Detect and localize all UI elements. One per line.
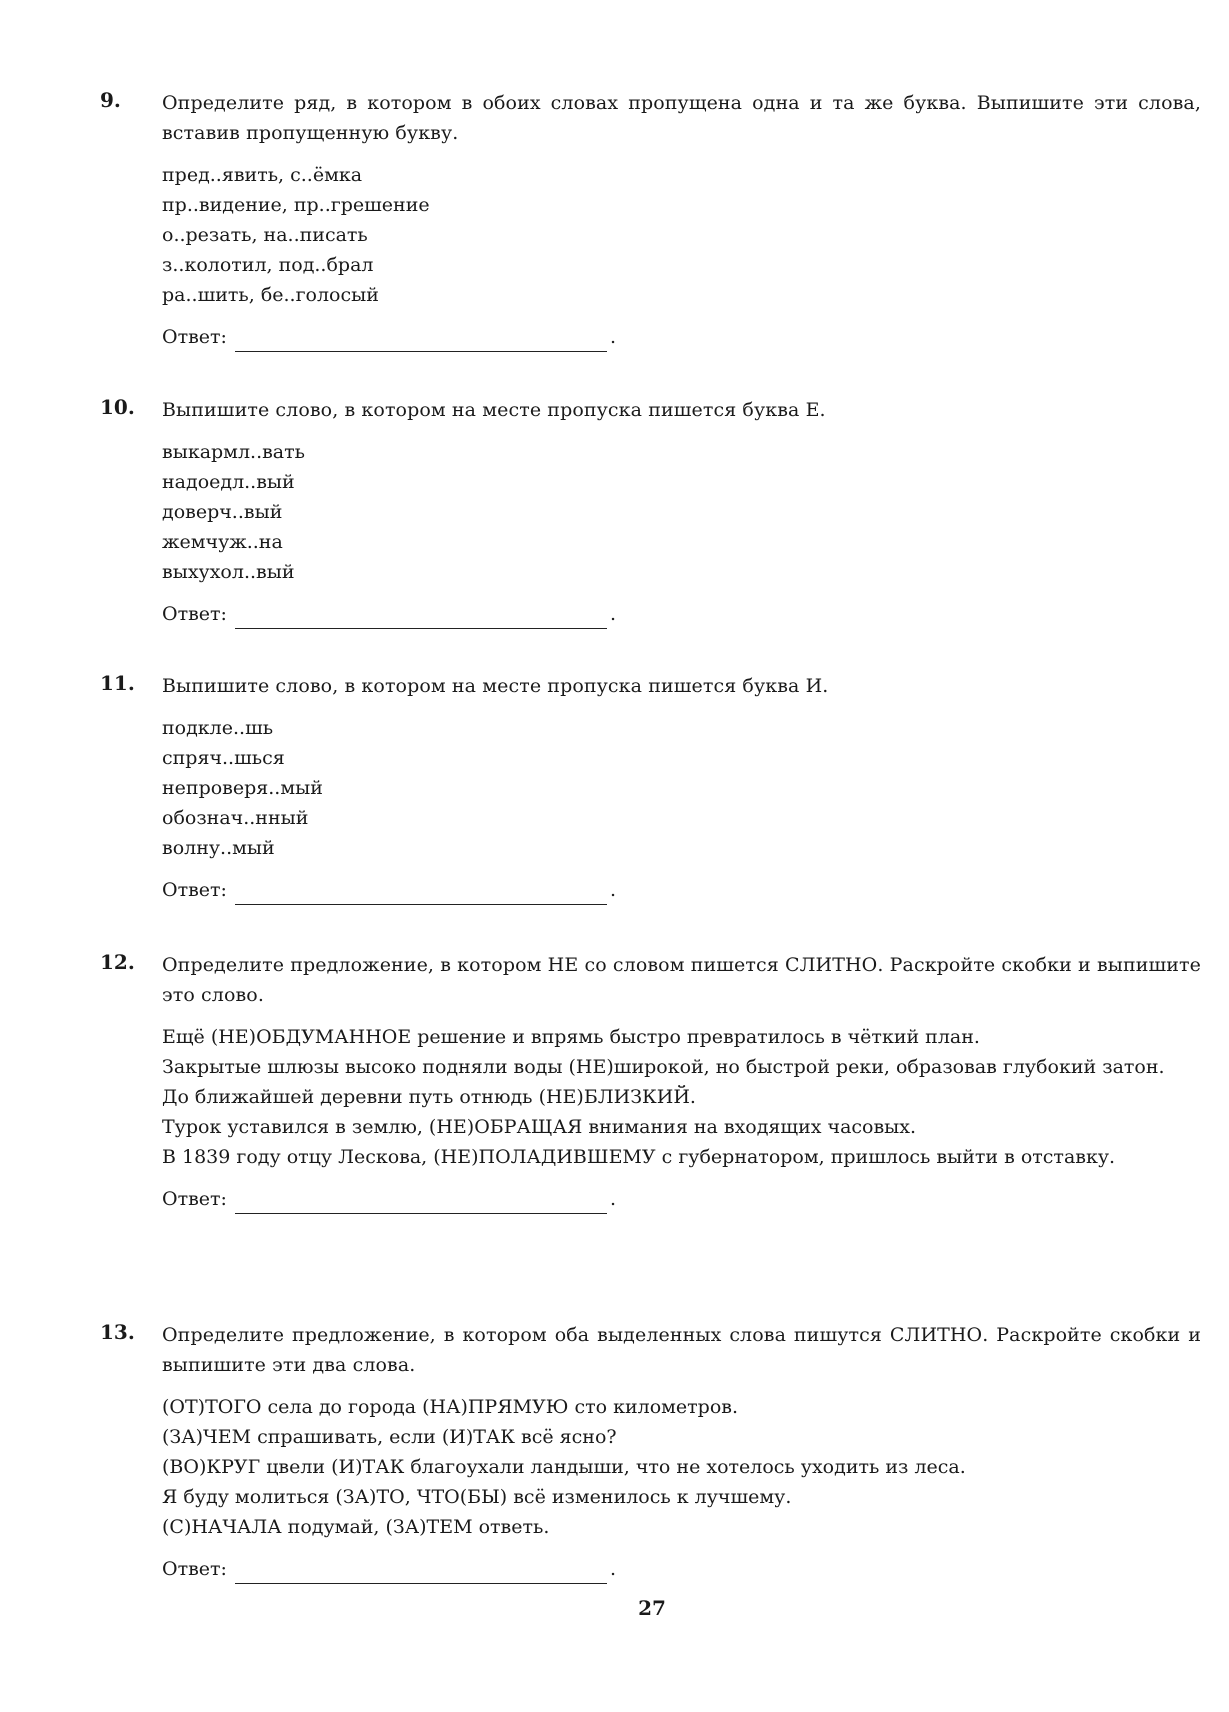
task-options: подкле..шь спряч..шься непроверя..мый об… xyxy=(162,713,1201,863)
answer-label: Ответ: xyxy=(162,1184,227,1214)
task-9: 9. Определите ряд, в котором в обоих сло… xyxy=(100,88,1201,352)
option: спряч..шься xyxy=(162,743,1201,773)
option: волну..мый xyxy=(162,833,1201,863)
task-question: Определите предложение, в котором оба вы… xyxy=(162,1320,1201,1380)
answer-row: Ответ: . xyxy=(162,875,1201,905)
answer-field[interactable] xyxy=(235,329,607,352)
option: Ещё (НЕ)ОБДУМАННОЕ решение и впрямь быст… xyxy=(162,1022,1201,1052)
option: доверч..вый xyxy=(162,497,1201,527)
option: ра..шить, бе..голосый xyxy=(162,280,1201,310)
task-10: 10. Выпишите слово, в котором на месте п… xyxy=(100,395,1201,629)
task-options: выкармл..вать надоедл..вый доверч..вый ж… xyxy=(162,437,1201,587)
option: (С)НАЧАЛА подумай, (ЗА)ТЕМ ответь. xyxy=(162,1512,1201,1542)
task-options: (ОТ)ТОГО села до города (НА)ПРЯМУЮ сто к… xyxy=(162,1392,1201,1542)
option: выхухол..вый xyxy=(162,557,1201,587)
task-options: Ещё (НЕ)ОБДУМАННОЕ решение и впрямь быст… xyxy=(162,1022,1201,1172)
page-number: 27 xyxy=(0,1596,1229,1620)
task-number: 13. xyxy=(100,1320,135,1344)
option: (ОТ)ТОГО села до города (НА)ПРЯМУЮ сто к… xyxy=(162,1392,1201,1422)
option: з..колотил, под..брал xyxy=(162,250,1201,280)
option: В 1839 году отцу Лескова, (НЕ)ПОЛАДИВШЕМ… xyxy=(162,1142,1201,1172)
answer-label: Ответ: xyxy=(162,322,227,352)
task-question: Выпишите слово, в котором на месте пропу… xyxy=(162,671,1201,701)
task-12: 12. Определите предложение, в котором НЕ… xyxy=(100,950,1201,1214)
option: подкле..шь xyxy=(162,713,1201,743)
task-options: пред..явить, с..ёмка пр..видение, пр..гр… xyxy=(162,160,1201,310)
answer-row: Ответ: . xyxy=(162,1554,1201,1584)
option: (ЗА)ЧЕМ спрашивать, если (И)ТАК всё ясно… xyxy=(162,1422,1201,1452)
answer-label: Ответ: xyxy=(162,875,227,905)
option: пр..видение, пр..грешение xyxy=(162,190,1201,220)
task-number: 10. xyxy=(100,395,135,419)
answer-label: Ответ: xyxy=(162,1554,227,1584)
option: непроверя..мый xyxy=(162,773,1201,803)
task-question: Определите ряд, в котором в обоих словах… xyxy=(162,88,1201,148)
option: надоедл..вый xyxy=(162,467,1201,497)
answer-row: Ответ: . xyxy=(162,1184,1201,1214)
option: выкармл..вать xyxy=(162,437,1201,467)
option: Я буду молиться (ЗА)ТО, ЧТО(БЫ) всё изме… xyxy=(162,1482,1201,1512)
option: (ВО)КРУГ цвели (И)ТАК благоухали ландыши… xyxy=(162,1452,1201,1482)
answer-row: Ответ: . xyxy=(162,322,1201,352)
task-11: 11. Выпишите слово, в котором на месте п… xyxy=(100,671,1201,905)
task-number: 9. xyxy=(100,88,121,112)
task-number: 12. xyxy=(100,950,135,974)
option: обознач..нный xyxy=(162,803,1201,833)
answer-label: Ответ: xyxy=(162,599,227,629)
option: пред..явить, с..ёмка xyxy=(162,160,1201,190)
answer-field[interactable] xyxy=(235,606,607,629)
answer-row: Ответ: . xyxy=(162,599,1201,629)
answer-field[interactable] xyxy=(235,1561,607,1584)
option: Турок уставился в землю, (НЕ)ОБРАЩАЯ вни… xyxy=(162,1112,1201,1142)
task-question: Выпишите слово, в котором на месте пропу… xyxy=(162,395,1201,425)
answer-field[interactable] xyxy=(235,1191,607,1214)
option: жемчуж..на xyxy=(162,527,1201,557)
task-question: Определите предложение, в котором НЕ со … xyxy=(162,950,1201,1010)
task-number: 11. xyxy=(100,671,135,695)
option: До ближайшей деревни путь отнюдь (НЕ)БЛИ… xyxy=(162,1082,1201,1112)
option: о..резать, на..писать xyxy=(162,220,1201,250)
task-13: 13. Определите предложение, в котором об… xyxy=(100,1320,1201,1584)
option: Закрытые шлюзы высоко подняли воды (НЕ)ш… xyxy=(162,1052,1201,1082)
answer-field[interactable] xyxy=(235,882,607,905)
